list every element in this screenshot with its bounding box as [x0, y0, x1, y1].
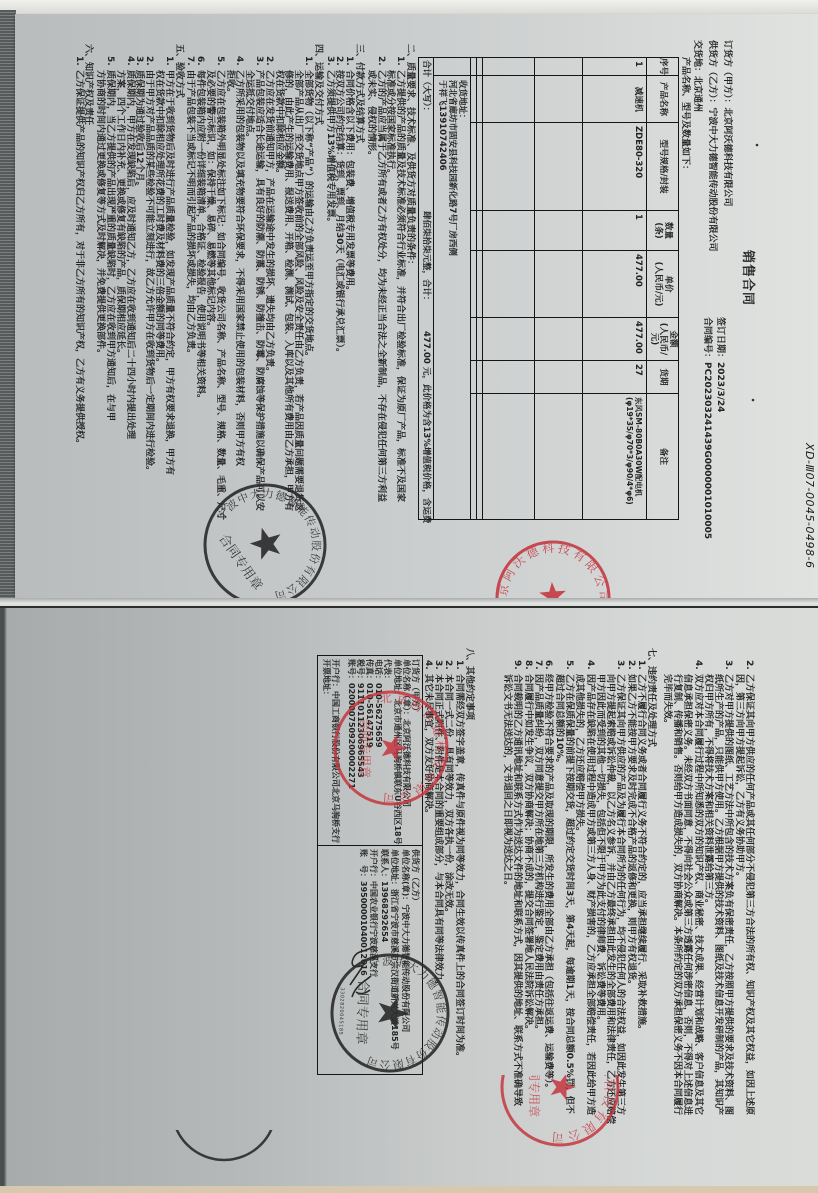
shipping-address-line: 河北省廊坊市固安县科技园新化路7号厂房西侧 — [447, 80, 457, 515]
table-cell — [477, 123, 482, 211]
clause-text: 及必要的警示标识，如：保持干燥、易碎、易燃等其他标记内容。 — [204, 70, 214, 331]
page-2-content: 2.乙方保证其向甲方供应的任何产品或其任何部分不侵犯第三方合法的所有权、知识产权… — [0, 608, 818, 1186]
clause-text: 乙方须提供甲方13%增值税专用发票。 — [324, 70, 334, 227]
clause-text: 合同需经双方签字盖章，传真件与原件视为同等效力，合同生效以传真件上的合同签订时间… — [453, 674, 463, 1061]
table-cell — [483, 58, 534, 76]
table-cell — [471, 318, 476, 361]
contract-number-label: 合同编号： — [702, 317, 712, 362]
table-cell — [483, 361, 534, 394]
signature-value: 39500001040012616 — [359, 881, 368, 976]
contract-number: PC202303241439G0000001010005 — [702, 362, 712, 539]
seller-name: 宁波中大力德智能传动股份有限公司 — [707, 108, 717, 252]
signature-value: 中国农业银行宁波慈溪支行 — [369, 881, 378, 977]
header-cell: 数量(条) — [647, 211, 678, 251]
signature-value: 北京阿沃德科技有限公司 — [402, 719, 411, 807]
clause-text: 甲方在于收到货物后及时进行产品质量检验，如发现产品质量不符合约定，甲方有权要求退… — [163, 70, 173, 475]
table-cell — [535, 58, 582, 76]
signature-line: 开户行：中国工商银行股份有限公司北京马驹桥支行 — [331, 659, 340, 842]
table-cell: 东风SM-80B0A30W配电机(φ19*35/φ70*3/φ90/4*φ6) — [583, 394, 646, 519]
clause-text: 向甲方提起索赔或诉讼仲裁，以乙方名义参诉，并由乙方最终承担由此发生的全部费用和法… — [605, 674, 615, 1124]
contract-page-2: 2.乙方保证其向甲方供应的任何产品或其任何部分不侵犯第三方合法的所有权、知识产权… — [0, 606, 818, 1188]
clause-text: 乙方不履行合同义务或者合同履行义务不符合约定的，应当承担继续履行、采取补救措施。 — [636, 674, 646, 1034]
total-row: 合计（大写）： 肆佰柒拾柒元整，合计： 477.00 元，此价格为含13%增值税… — [419, 58, 433, 519]
clause-text: 完毕而失效。 — [661, 674, 671, 728]
table-cell — [477, 361, 482, 394]
clause-text: 合同履行中如发生争议，双方协商解决；协商不成的，提交合同签署地人民法院诉讼解决。 — [522, 674, 532, 1034]
clause-text: 八、其他约定事项 — [464, 648, 474, 720]
table-header-row: 序号 产品名称 型号规格/封装 数量(条) 单价(人民币/元) 金额(人民币/元… — [646, 58, 678, 519]
clause-text: 质保期内，当乙方提供的产品出现严重的质量缺陷时，乙方应在收到甲方通知后，在与甲 — [104, 70, 114, 421]
clause-number: 4. — [124, 56, 134, 66]
clause-text: 其它未尽事宜，双方友好协商解决。 — [422, 674, 432, 818]
clause-text: 或未实、侵权的情形。 — [365, 70, 375, 160]
signature-label: 传真： — [365, 659, 374, 683]
clause-text: 成其他损失的，乙方还应赔偿甲方损失。 — [574, 674, 584, 836]
table-cell — [477, 58, 482, 76]
clause-text: 信息承担保密义务。未经双方书面同意，不得向社会公众或第三方透露任何涉密信息，否则… — [682, 674, 692, 1115]
clause-number: 2. — [625, 660, 635, 670]
table-row — [476, 58, 482, 519]
clause-text: 双方应对本合同履行过程中所知悉的双方的知识产权、商业秘密、技术成果、经营计划和战… — [692, 674, 702, 1115]
signature-value: 010-56275659 — [374, 683, 383, 748]
table-cell — [483, 251, 534, 318]
clause-text: 乙方对甲方提供的图纸、工艺方法中所包含的技术方案负有保密责任，乙方按照甲方提供的… — [723, 674, 733, 1115]
product-intro: 产品名称、型号及数量如下： — [680, 57, 690, 174]
clause-text: 六、知识产权及责任 — [83, 44, 93, 125]
clause-text: 乙方保证其向甲方供应的产品及为履行本合同所为的任何行为，均不侵犯任何人的合法权益… — [615, 674, 625, 1115]
clause-text: 三、付款方式及结算方式 — [353, 44, 363, 143]
table-cell — [483, 76, 534, 123]
table-cell: 1 — [583, 58, 646, 76]
buyer-name: 北京阿沃德科技有限公司 — [722, 108, 732, 207]
clause-number: 1. — [163, 56, 173, 66]
seller-label: 供货方（乙方）： — [707, 40, 717, 108]
header-label: 产品名称 — [658, 82, 668, 116]
clause-text: 乙方应在发货前通知甲方，产品在运输途中发生的损坏、遗失均由乙方负责。 — [263, 70, 273, 376]
clause-text: 乙方应在包装箱外明显处标注如下标记：如合同编号、收货公司名称、产品名称、型号、规… — [214, 70, 224, 520]
total-note: 元，此价格为含13%增值税价格，含运费 — [421, 367, 431, 523]
signature-value: 0200007509200002271 — [347, 683, 356, 789]
header-cell: 备注 — [647, 394, 678, 519]
clause-text: 权在货款中扣除相应处理所花费的工时费及材料费的三倍金额的同等费用。 — [153, 70, 163, 367]
header-cell: 货期 — [647, 361, 678, 394]
signature-line: 联系人：13968292654 — [378, 849, 388, 1071]
table-cell — [471, 58, 476, 76]
table-cell — [483, 123, 534, 211]
empty-cell — [434, 58, 470, 76]
signature-value: 北京市通州区马驹桥镇联东U谷西区18号 — [393, 699, 402, 845]
clause-text: 诉讼文书无法送达的，文书退回之日即视为送达之日。 — [502, 674, 512, 890]
clause-text: 由于甲方对产品品质的某些检验不可能立刻进行，故乙方允许甲方在收到货物后一定期间内… — [143, 70, 153, 475]
clause-number: 7. — [533, 660, 543, 670]
clause-text: 乙方保证提供产品的知识产权归乙方所有，对于非乙方所有的知识产权，乙方有义务提供授… — [73, 70, 83, 448]
buyer-signature-block: 订货方（甲方）单位名称（章）：北京阿沃德科技有限公司单位地址：北京市通州区马驹桥… — [318, 656, 422, 846]
header-cell: 型号规格/封装 — [647, 123, 678, 211]
shipping-address-cell: 收货地址： 河北省廊坊市固安县科技园新化路7号厂房西侧 于祥飞139107424… — [434, 76, 470, 519]
product-table: 序号 产品名称 型号规格/封装 数量(条) 单价(人民币/元) 金额(人民币/元… — [418, 57, 679, 520]
table-row — [470, 58, 476, 519]
clause-text: 拒收。 — [224, 70, 234, 97]
signature-label: 账号： — [347, 659, 356, 683]
shipping-contact-line: 于祥飞13910742406 — [437, 80, 447, 515]
header-label: 单价 — [663, 275, 673, 292]
signing-date: 2023/3/24 — [715, 362, 725, 412]
table-cell — [535, 251, 582, 318]
total-amount: 477.00 — [421, 331, 431, 364]
clause-text: 由于产品包装不当或标记不明而引起产品的损坏或损失，均由乙方负责。 — [185, 70, 195, 358]
clause-text: 全部产品从出厂至交货地点甲方签收前的全部风险、风险及安全责任由乙方负责，若产品因… — [292, 70, 302, 511]
clause-text: 五、验收方式 — [173, 44, 183, 98]
underlying-page-edge — [0, 10, 16, 602]
clause-number: 9. — [512, 660, 522, 670]
table-cell — [471, 394, 476, 519]
table-cell — [535, 76, 582, 123]
clause-text: 每件包装箱内应附一份详细装箱清单，合格证、检验报告，使用说明书等相关资料。 — [194, 70, 204, 403]
table-cell — [477, 394, 482, 519]
seller-signature-block: 供货方（乙方）单位名称(章)：宁波中大力德智能传动股份有限公司单位地址：浙江省宁… — [318, 846, 422, 1074]
clause-number: 1. — [636, 660, 646, 670]
clause-number: 5. — [214, 56, 224, 66]
buyer-label: 订货方（甲方）： — [722, 40, 732, 108]
clause-text: 七、违约责任及处理方式 — [646, 648, 656, 747]
signature-line: 开票地址： — [322, 659, 331, 842]
clause-number: 1. — [343, 56, 353, 66]
clause-number: 2. — [143, 56, 153, 66]
table-cell — [535, 318, 582, 361]
header-label: 数量 — [663, 222, 673, 239]
clause-text: 二、质量要求、技术标准、及供货方对质量负责的条件： — [404, 44, 414, 269]
clause-text: 按双方公司约定结算：货到、票到、月结30天（电汇或银行承兑汇票）。 — [334, 70, 344, 357]
table-row — [534, 58, 582, 519]
table-cell — [471, 361, 476, 394]
desk-surface — [0, 1186, 818, 1193]
total-label: 合计（大写）： — [421, 60, 431, 115]
signature-value: 13968292654 — [380, 881, 389, 942]
clause-text: 纸所生产的产品，只能供甲方使用。乙方根据甲方提供的技术资料、图纸及技术信息开发研… — [713, 674, 723, 1115]
clause-text: 质保期内，甲方在发现缺陷后，应及时通知乙方，乙方应在收到通知后二十四小时内提出处… — [124, 70, 134, 439]
clause-text: 方案，四个工作日内补充、更换或修复有缺陷的产品，质保期相应延长。 — [114, 70, 124, 358]
clause-text: 权归甲方所有，不得将技术方案和相关资料泄露给第三方。 — [703, 674, 713, 908]
signature-value: 浙江省宁波市慈溪市宗汉街道新兴大道185号 — [390, 889, 399, 1050]
clause-text: 因，第三方向甲方提起诉讼，乙方有义务协助甲方。 — [733, 674, 743, 881]
clause-text: 修的，由此产生的运输费用、报送费用、开箱、检测、测试、包装、入库以及其他所有费用… — [283, 70, 293, 511]
delivery-place-line: 交货地：北京通州 — [692, 40, 702, 112]
table-cell — [471, 76, 476, 123]
clause-text: 乙方保证其向甲方供应的任何产品或其任何部分不侵犯第三方合法的所有权、知识产权及其… — [744, 674, 754, 1115]
clause-number: 1. — [394, 56, 404, 66]
header-label: 序号 — [658, 58, 668, 75]
table-cell: ZDE80-320 — [583, 123, 646, 211]
clause-text: 标准或分按国家标准执行。 — [385, 70, 395, 178]
clause-text: 乙方的产品应当属于乙方所有或者乙方有权处分，均为未经正当合法之全新制品，不存在侵… — [375, 70, 385, 502]
clause-text: 产品包装应适合长途运输，具有良好的防潮、防震、防锈、防撞击、防霉、防腐蚀等保护措… — [253, 70, 263, 511]
total-amount-words: 肆佰柒拾柒元整，合计： — [421, 211, 431, 305]
signature-label: 开票地址： — [322, 659, 331, 699]
signature-value: 宁波中大力德智能传动股份有限公司 — [401, 904, 410, 1032]
signature-line: 账 号：39500001040012616 — [358, 849, 368, 1071]
table-row — [482, 58, 534, 519]
signature-label: 开户行： — [331, 659, 340, 691]
signature-label: 税号： — [356, 659, 365, 683]
clause-text: 甲方因此而受到的其他一切损失，包括但不限于甲方为此支付的律师费、诉讼费等费用。 — [595, 674, 605, 1025]
header-cell: 产品名称 — [647, 76, 678, 123]
table-cell: 477.00 — [583, 251, 646, 318]
page-1-content: XD-Ⅲ07-0045-0498-6 销售合同 订货方（甲方）：北京阿沃德科技有… — [15, 14, 818, 600]
header-label: 型号规格/封装 — [658, 139, 668, 193]
header-cell: 单价(人民币/元) — [647, 251, 678, 318]
clause-text: 超过合同总额的10%。 — [553, 674, 563, 768]
signing-date-label: 签订日期： — [715, 317, 725, 362]
handwritten-reference-number: XD-Ⅲ07-0045-0498-6 — [804, 443, 814, 568]
clause-text: 因产品质量纠纷，双方同意提交甲方所在地第三方机构进行鉴定，鉴定费用由责任方承担。 — [533, 674, 543, 1034]
header-sublabel: (人民币/元) — [648, 318, 667, 360]
clause-number: 4. — [422, 660, 432, 670]
signature-line: 开户行：中国农业银行宁波慈溪支行 — [368, 849, 378, 1071]
signature-line: 电话：010-56275659 — [374, 659, 383, 842]
table-cell — [477, 251, 482, 318]
signature-value: 010-56147519 — [365, 683, 374, 748]
contract-page-1: XD-Ⅲ07-0045-0498-6 销售合同 订货方（甲方）：北京阿沃德科技有… — [15, 14, 818, 600]
signature-line: 单位地址：浙江省宁波市慈溪市宗汉街道新兴大道185号 — [389, 849, 399, 1071]
clause-number: 1. — [73, 56, 83, 66]
signature-label: 联系人： — [380, 849, 389, 881]
clause-number: 1. — [302, 56, 312, 66]
signature-label: 订货方（甲方） — [411, 659, 420, 715]
buyer-line: 订货方（甲方）：北京阿沃德科技有限公司 — [722, 40, 732, 207]
header-cell: 序号 — [647, 58, 678, 76]
clause-number: 2. — [443, 660, 453, 670]
header-sublabel: (条) — [653, 222, 663, 238]
table-cell — [477, 211, 482, 251]
signature-value: 91110112306965543 — [356, 683, 365, 778]
header-label: 备注 — [658, 448, 668, 465]
signature-label: 单位名称（章）： — [402, 659, 411, 719]
table-cell: 减速机 — [583, 76, 646, 123]
clause-number: 7. — [185, 56, 195, 66]
signature-label: 开户行： — [369, 849, 378, 881]
clause-text: 乙方在保质保量的前提下按期交货，超过约定交货时间3天，第4天起，每逾期1天，按合… — [564, 674, 574, 1114]
page-title: 销售合同 — [742, 250, 752, 306]
table-cell — [535, 361, 582, 394]
table-body: 1减速机ZDE80-3201477.00477.0027东风SM-80B0A30… — [470, 58, 646, 519]
clause-text: 方协商的时间内通过更换或修复等方式及时解决，并免费提供更换部件。 — [95, 70, 105, 358]
header-label: 货期 — [658, 368, 668, 385]
clause-text: 质保期为通过验收后12个月。 — [134, 70, 144, 191]
signature-label: 单位地址： — [390, 849, 399, 889]
table-cell — [471, 123, 476, 211]
signature-label: 账 号： — [359, 849, 368, 881]
signature-line: 单位名称(章)：宁波中大力德智能传动股份有限公司 — [399, 849, 409, 1071]
clause-number: 2. — [263, 56, 273, 66]
seller-line: 供货方（乙方）：宁波中大力德智能传动股份有限公司 — [707, 40, 717, 252]
table-cell — [483, 318, 534, 361]
clause-number: 3. — [253, 56, 263, 66]
table-cell: 1 — [583, 211, 646, 251]
clause-text: 行复制、传播和销售。否则给甲方造成损失的，双方协商解决。本条所约定的双方承担保密… — [672, 674, 682, 1115]
clause-text: 四、运输及交付方式 — [312, 44, 322, 125]
contract-number-line: 合同编号：PC202303241439G0000001010005 — [702, 317, 712, 539]
table-cell — [483, 394, 534, 519]
table-cell — [535, 211, 582, 251]
signature-line: 供货方（乙方） — [410, 849, 420, 1071]
signature-line: 单位地址：北京市通州区马驹桥镇联东U谷西区18号 — [392, 659, 401, 842]
clause-number: 5. — [564, 660, 574, 670]
signature-value: 中国工商银行股份有限公司北京马驹桥支行 — [331, 691, 340, 843]
clause-number: 1. — [453, 660, 463, 670]
clause-number: 2. — [334, 56, 344, 66]
clause-text: 乙方提供的产品的质量及技术标准必须符合行业标准，并符合出厂检验标准，保证为原厂产… — [394, 70, 404, 502]
signature-label: 代表： — [383, 659, 392, 683]
delivery-place: 北京通州 — [692, 76, 702, 112]
clause-text: 全部货物（以下称“产品”）的运输由乙方负责运至甲方指定的交货地点。 — [302, 70, 312, 361]
signing-date-line: 签订日期：2023/3/24 — [715, 317, 725, 412]
clause-text: 合同价格含以下费用：包装费、增值税专用发票等费用。 — [343, 70, 353, 295]
shipping-address-row: 收货地址： 河北省廊坊市固安县科技园新化路7号厂房西侧 于祥飞139107424… — [433, 58, 470, 519]
clause-number: 3. — [324, 56, 334, 66]
clause-text: 本合同一式二份，具有同等效力，双方各执一份，涂改无效。 — [443, 674, 453, 917]
clause-number: 2. — [744, 660, 754, 670]
table-cell — [483, 211, 534, 251]
table-cell: 477.00 — [583, 318, 646, 361]
table-cell — [471, 211, 476, 251]
background-edge — [0, 0, 818, 14]
clause-number: 6. — [194, 56, 204, 66]
signature-label: 单位名称(章)： — [401, 849, 410, 904]
signature-line: 账号：0200007509200002271 — [346, 659, 355, 842]
table-row: 1减速机ZDE80-3201477.00477.0027东风SM-80B0A30… — [582, 58, 646, 519]
signature-line: 税号：91110112306965543 — [356, 659, 365, 842]
clause-number: 3. — [134, 56, 144, 66]
header-sublabel: (人民币/元) — [653, 262, 663, 307]
signature-label: 供货方（乙方） — [411, 849, 420, 905]
clause-number: 5. — [104, 56, 114, 66]
table-cell: 27 — [583, 361, 646, 394]
signature-label: 单位地址： — [393, 659, 402, 699]
signature-label: 电话： — [374, 659, 383, 683]
clause-text: 全运抵交付地点。 — [243, 70, 253, 142]
table-cell — [535, 394, 582, 519]
clause-number: 3. — [615, 660, 625, 670]
clause-text: 因产品存在缺陷在使用过程中造成甲方或第三方人身、财产损害的，乙方应承担全部赔偿责… — [584, 674, 594, 1115]
clause-number: 8. — [522, 660, 532, 670]
clause-number: 2. — [375, 56, 385, 66]
clause-number: 4. — [234, 56, 244, 66]
signature-line: 传真：010-56147519 — [365, 659, 374, 842]
header-label: 金额 — [667, 330, 677, 347]
clause-text: 经甲方检验不符合要求的产品及取现的期限，所发生的费用全部由乙方承担（包括往返运费… — [543, 674, 553, 1093]
signature-line: 订货方（甲方） — [411, 659, 420, 842]
signature-line: 单位名称（章）：北京阿沃德科技有限公司 — [402, 659, 411, 842]
signature-table: 订货方（甲方）单位名称（章）：北京阿沃德科技有限公司单位地址：北京市通州区马驹桥… — [317, 655, 423, 1075]
clause-number: 3. — [723, 660, 733, 670]
clause-text: 乙方所采用的包装物以及填充物要符合环保要求，不得采用国家禁止使用的包装材料，否则… — [234, 70, 244, 466]
clause-text: 如果乙方不能按甲方要求及时完成不合格产品的返修和更换，则甲方有权退货。 — [625, 674, 635, 989]
clause-text: 本合同正式附件、附件是本合同的重要组成部分，与本合同具有同等法律效力。 — [433, 674, 443, 989]
delivery-place-label: 交货地： — [692, 40, 702, 76]
table-cell — [471, 251, 476, 318]
clause-text: 权在货款中扣除相应金额。 — [273, 70, 283, 178]
clause-number: 4. — [584, 660, 594, 670]
table-cell — [477, 318, 482, 361]
clause-number: 4. — [692, 660, 702, 670]
clause-number: 6. — [543, 660, 553, 670]
shipping-address-label: 收货地址： — [457, 80, 467, 515]
clause-text: 合同载明的乙方通讯地址和联系方式作为送达文件的地址和联系方式，因其提供的地址、联… — [512, 674, 522, 1106]
table-cell — [535, 123, 582, 211]
header-cell: 金额(人民币/元) — [647, 318, 678, 361]
table-cell — [477, 76, 482, 123]
signature-line: 代表： — [383, 659, 392, 842]
clause-number: 3. — [433, 660, 443, 670]
